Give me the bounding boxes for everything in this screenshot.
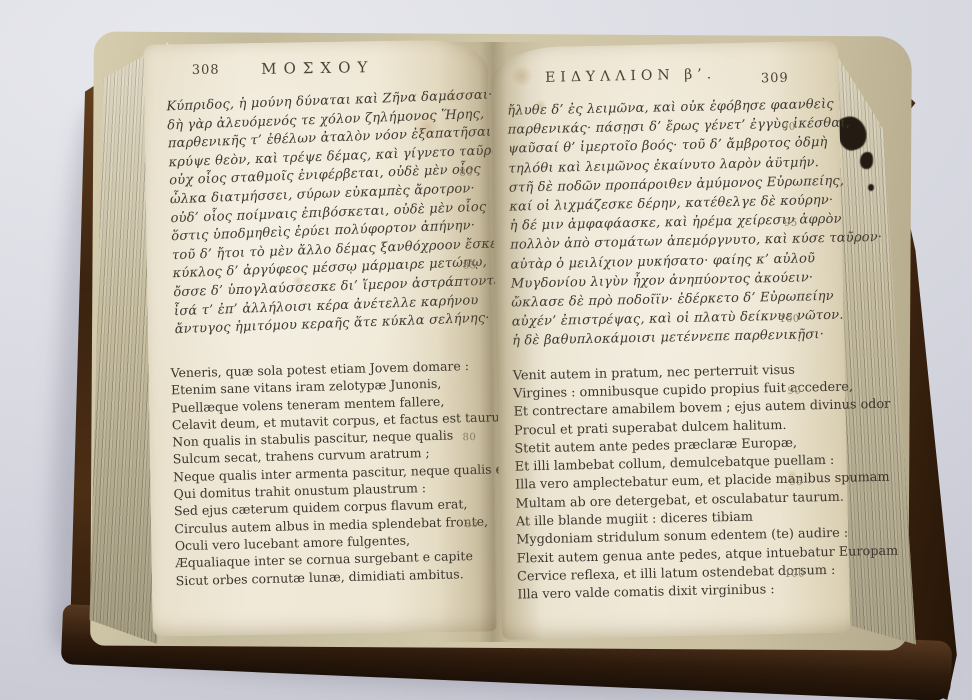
verse-text: At ille blande mugiit : diceres tibiam: [516, 510, 753, 530]
left-page-header: 308 ΜΟΣΧΟΥ: [166, 56, 470, 83]
verse-text: ἡ δὲ βαθυπλοκάμοισι μετέννεπε παρθενικῇσ…: [512, 328, 824, 350]
open-book: 308 ΜΟΣΧΟΥ Κύπριδος, ἡ μούνη δύναται καὶ…: [0, 0, 972, 700]
latin-verse-left: Veneris, quæ sola potest etiam Jovem dom…: [170, 357, 479, 589]
verse-text: παρθενικάς· πάσῃσι δ’ ἔρως γένετ’ ἐγγὺς …: [508, 116, 850, 138]
running-title-left: ΜΟΣΧΟΥ: [261, 58, 374, 78]
right-page-header: ΕΙΔΥΛΛΙΟΝ β’. 309: [506, 62, 794, 90]
left-page-content: 308 ΜΟΣΧΟΥ Κύπριδος, ἡ μούνη δύναται καὶ…: [143, 39, 496, 636]
greek-verse-left: Κύπριδος, ἡ μούνη δύναται καὶ Ζῆνα δαμάσ…: [166, 87, 479, 340]
verse-text: Illa vero valde comatis dixit virginibus…: [517, 582, 774, 602]
latin-verse-right: Venit autem in pratum, nec perterruit vi…: [513, 361, 806, 605]
page-number-left: 308: [192, 63, 220, 78]
page-number-right: 309: [761, 71, 789, 87]
right-page-content: ΕΙΔΥΛΛΙΟΝ β’. 309 ἤλυθε δ’ ἐς λειμῶνα, κ…: [490, 41, 850, 640]
right-page: ΕΙΔΥΛΛΙΟΝ β’. 309 ἤλυθε δ’ ἐς λειμῶνα, κ…: [490, 41, 850, 640]
ink-stain: [860, 152, 873, 169]
greek-verse-right: ἤλυθε δ’ ἐς λειμῶνα, καὶ οὐκ ἐφόβησε φαα…: [507, 96, 800, 352]
photo-background: 308 ΜΟΣΧΟΥ Κύπριδος, ἡ μούνη δύναται καὶ…: [0, 0, 972, 700]
ink-stain: [868, 184, 874, 191]
left-page: 308 ΜΟΣΧΟΥ Κύπριδος, ἡ μούνη δύναται καὶ…: [143, 39, 496, 636]
running-title-right: ΕΙΔΥΛΛΙΟΝ β’.: [545, 66, 716, 86]
